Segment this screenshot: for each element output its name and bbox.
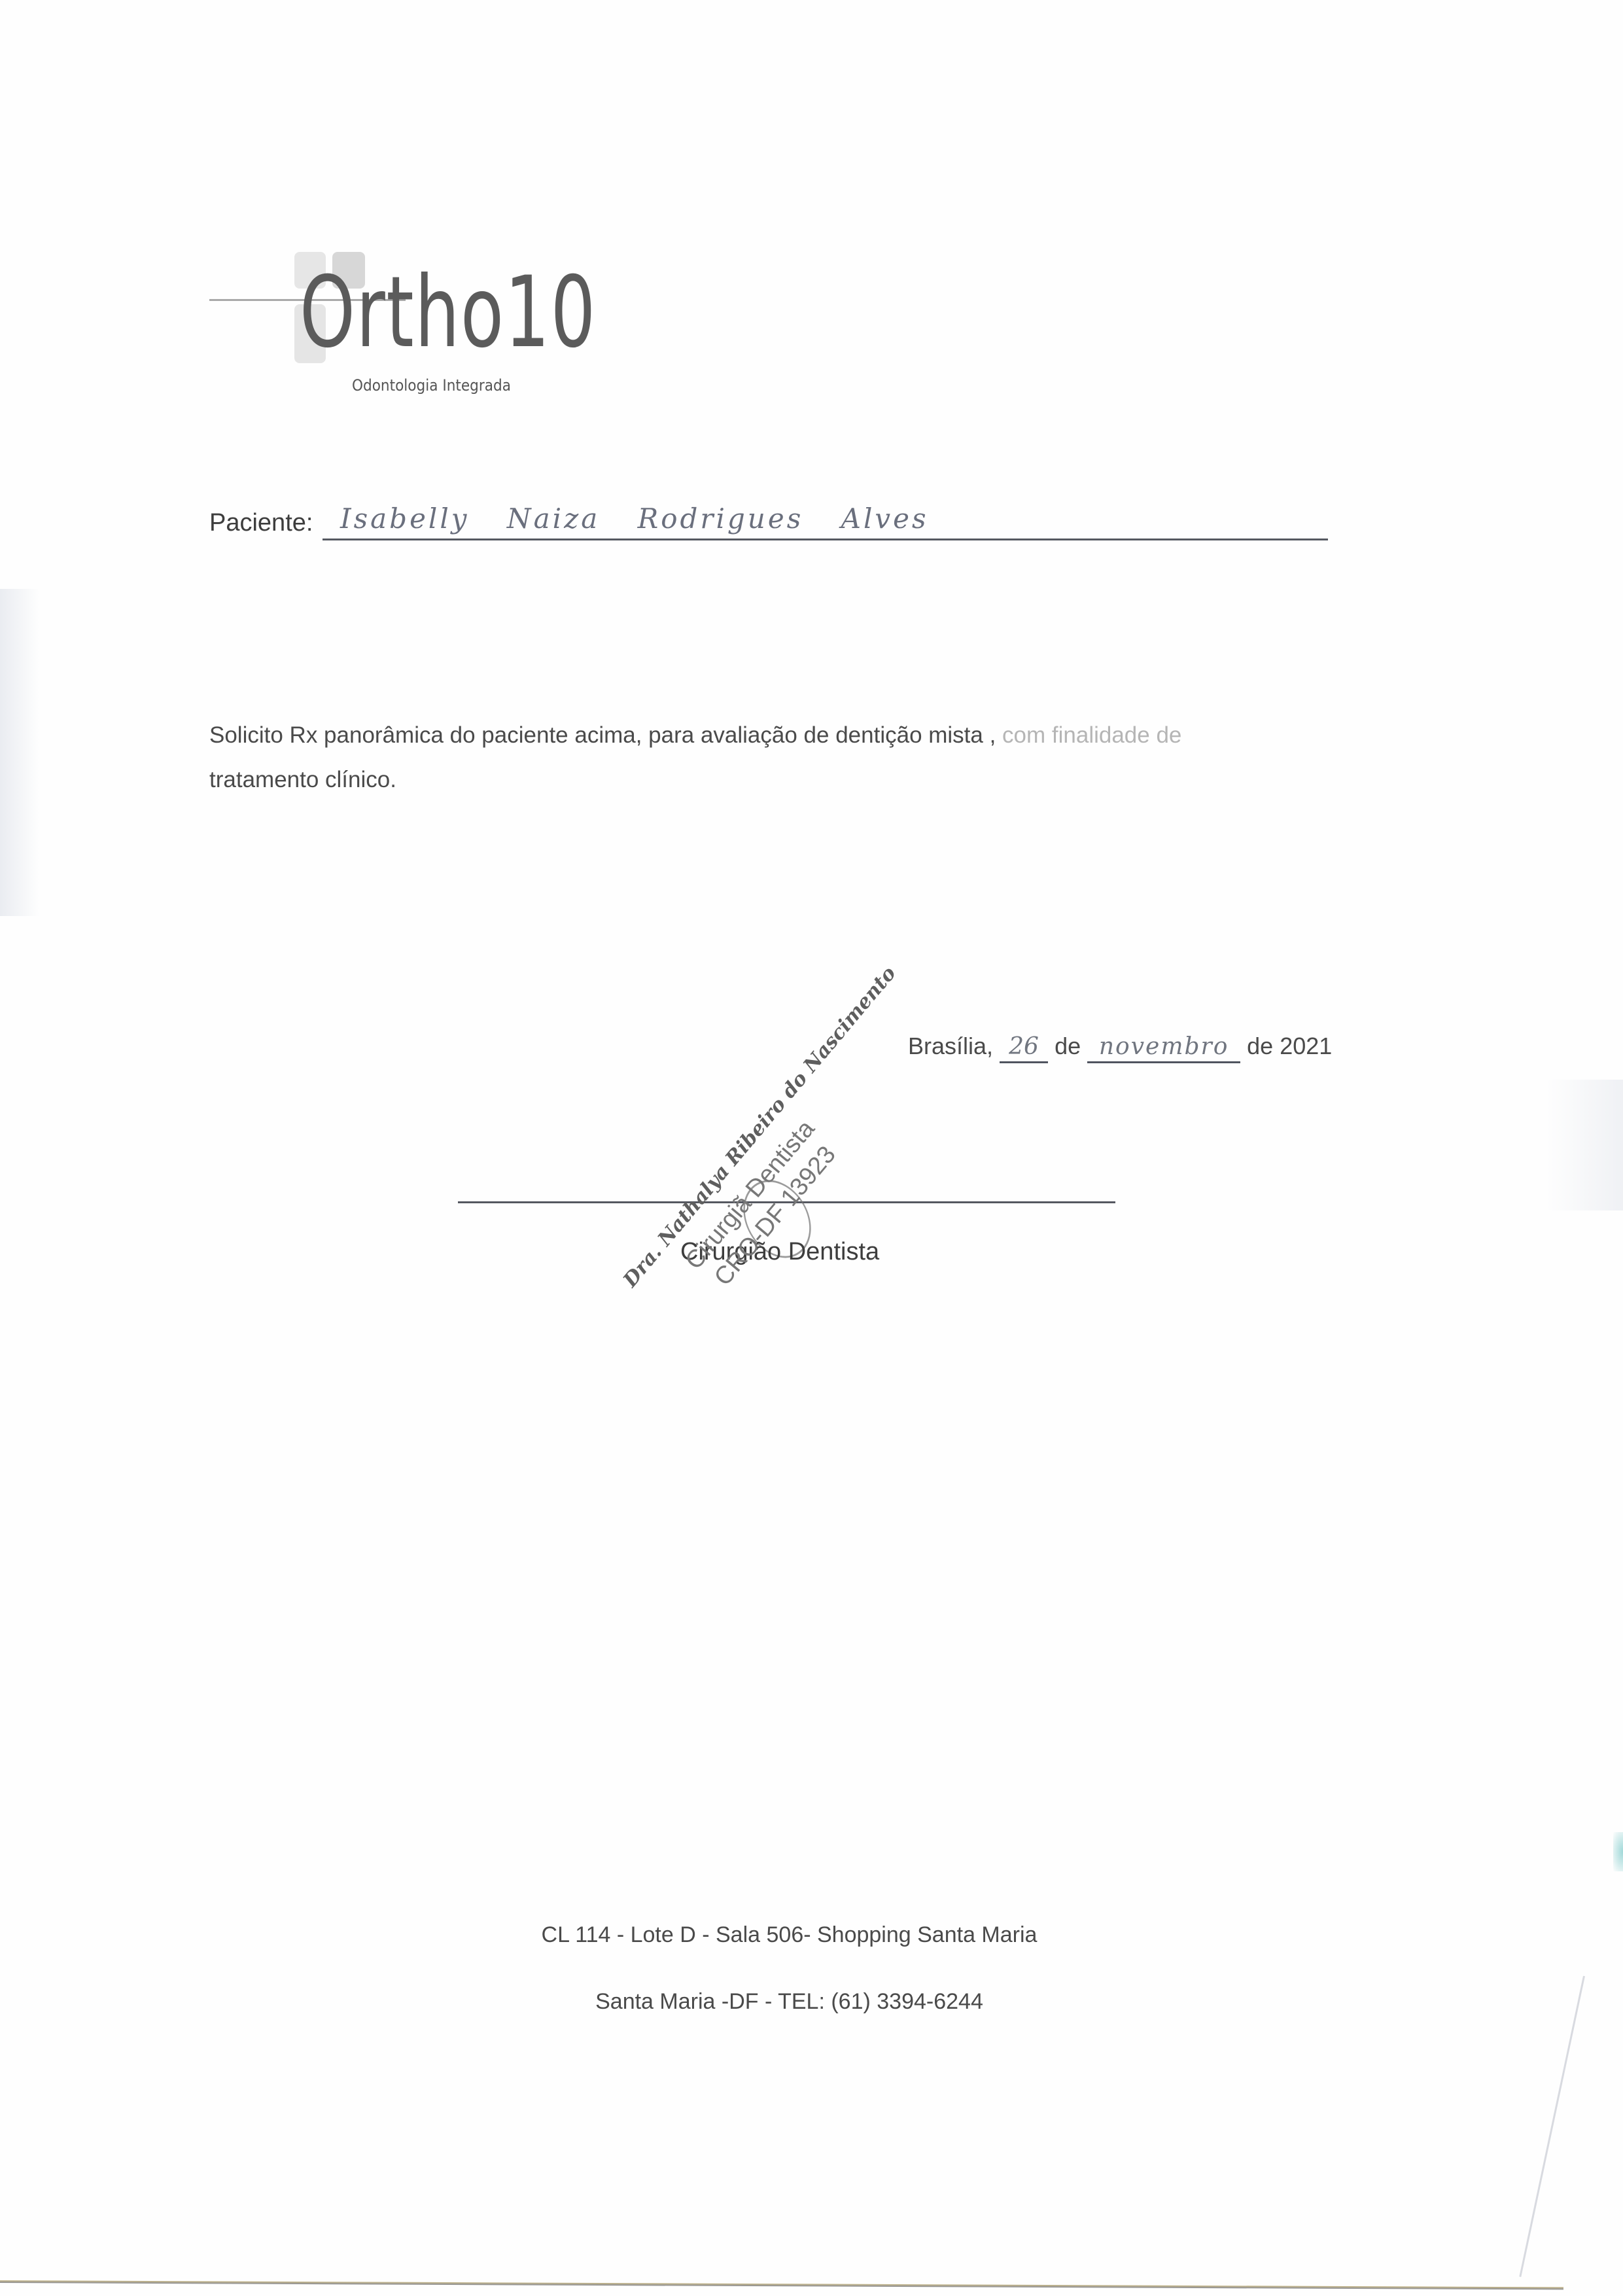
date-de: de — [1247, 1033, 1273, 1060]
date-year: 2021 — [1280, 1033, 1332, 1060]
paper-fold — [1519, 1976, 1585, 2277]
date-line: Brasília, 26 de novembro de 2021 — [908, 1033, 1379, 1072]
request-text-line2: tratamento clínico. — [209, 767, 396, 792]
request-text: Solicito Rx panorâmica do paciente acima… — [209, 722, 996, 748]
patient-underline — [323, 539, 1328, 540]
logo-tagline: Odontologia Integrada — [352, 376, 511, 395]
scan-shadow — [0, 589, 39, 916]
paper-edge — [0, 2280, 1563, 2289]
signature-title: Cirurgião Dentista — [680, 1238, 879, 1266]
ink-smudge — [1613, 1832, 1623, 1871]
scan-shadow — [1544, 1080, 1623, 1210]
date-day-handwritten: 26 — [1000, 1033, 1048, 1063]
date-city: Brasília, — [908, 1033, 993, 1060]
patient-field: Paciente: Isabelly Naiza Rodrigues Alves — [209, 503, 1335, 548]
patient-name-handwritten: Isabelly Naiza Rodrigues Alves — [340, 503, 929, 535]
logo-wordmark: Ortho10 — [300, 264, 597, 362]
date-month-handwritten: novembro — [1087, 1033, 1240, 1063]
document-page: Ortho10 Odontologia Integrada Paciente: … — [0, 0, 1623, 2296]
patient-label: Paciente: — [209, 509, 313, 537]
request-paragraph: Solicito Rx panorâmica do paciente acima… — [209, 713, 1374, 802]
clinic-logo: Ortho10 Odontologia Integrada — [209, 252, 615, 402]
footer-address: CL 114 - Lote D - Sala 506- Shopping San… — [0, 1922, 1601, 1948]
request-text-faded: com finalidade de — [996, 722, 1181, 748]
footer-contact: Santa Maria -DF - TEL: (61) 3394-6244 — [0, 1989, 1601, 2015]
date-de: de — [1055, 1033, 1081, 1060]
